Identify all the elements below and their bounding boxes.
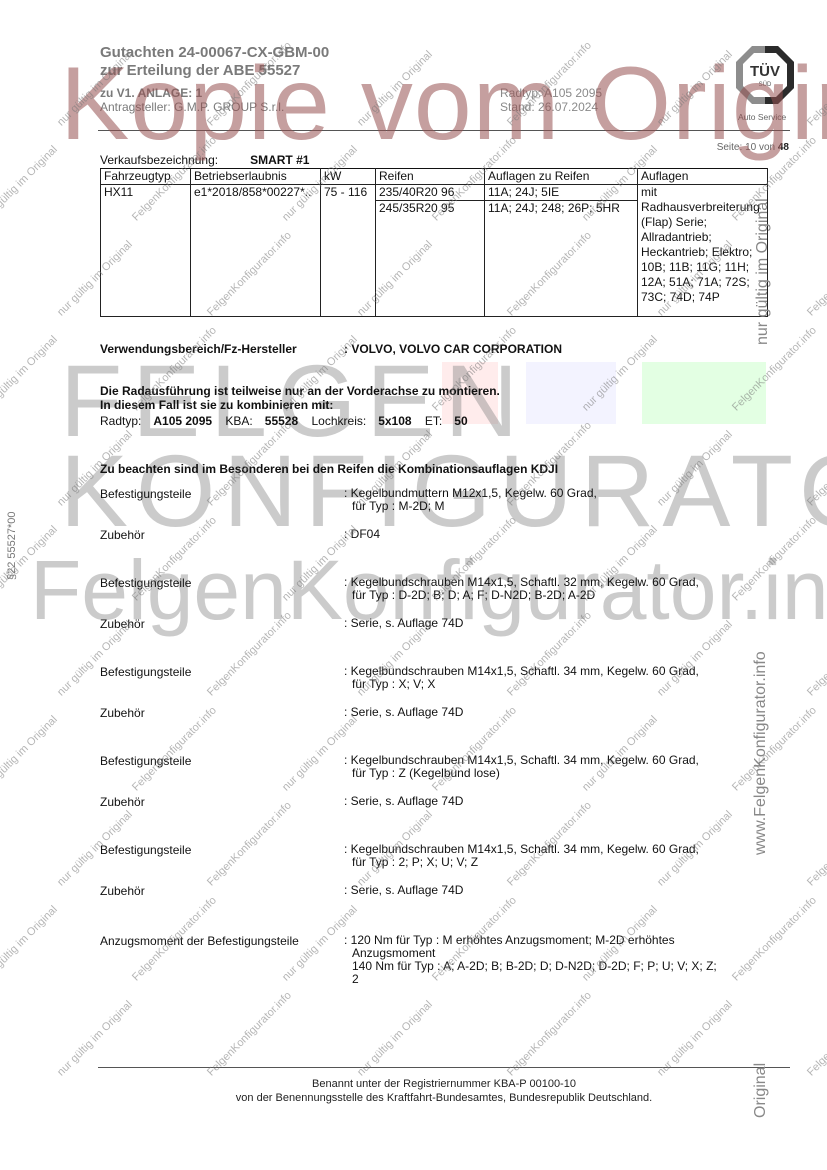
kombination-row-label: Zubehör [100, 884, 145, 898]
kombination-row-value: : Serie, s. Auflage 74D [344, 884, 764, 897]
kombination-row-label: Befestigungsteile [100, 665, 191, 679]
cell-reifen: 245/35R20 95 [376, 201, 485, 317]
tile-watermark: FelgenKonfigurator.info [805, 230, 827, 319]
footer-line-2: von der Benennungsstelle des Kraftfahrt-… [98, 1091, 790, 1105]
kombination-row-label: Zubehör [100, 795, 145, 809]
col-auflagen: Auflagen [638, 169, 768, 185]
tile-watermark: nur gültig im Original [0, 144, 60, 224]
tile-watermark: FelgenKonfigurator.info [805, 800, 827, 889]
kombination-row-value: : Kegelbundschrauben M14x1,5, Schaftl. 3… [344, 754, 764, 780]
table-row: HX11 e1*2018/858*00227*.. 75 - 116 235/4… [101, 185, 768, 201]
tile-watermark: FelgenKonfigurator.info [505, 990, 594, 1079]
table-header-row: Fahrzeugtyp Betriebserlaubnis kW Reifen … [101, 169, 768, 185]
kombination-row-label: Befestigungsteile [100, 843, 191, 857]
footer-line-1: Benannt unter der Registriernummer KBA-P… [98, 1077, 790, 1091]
kombination-row-label: Befestigungsteile [100, 754, 191, 768]
kombination-row-value: : Serie, s. Auflage 74D [344, 706, 764, 719]
tile-watermark: FelgenKonfigurator.info [205, 990, 294, 1079]
kombination-row-label: Zubehör [100, 706, 145, 720]
vehicle-table: Fahrzeugtyp Betriebserlaubnis kW Reifen … [100, 168, 768, 317]
kombination-row-value: : Kegelbundschrauben M14x1,5, Schaftl. 3… [344, 665, 764, 691]
col-betriebserlaubnis: Betriebserlaubnis [191, 169, 321, 185]
tile-watermark: nur gültig im Original [0, 714, 60, 794]
tile-watermark: nur gültig im Original [0, 334, 60, 414]
tile-watermark: nur gültig im Original [0, 904, 60, 984]
kombination-row-value: : 120 Nm für Typ : M erhöhtes Anzugsmome… [344, 934, 764, 986]
kombination-row-label: Befestigungsteile [100, 487, 191, 501]
kombination-row-label: Anzugsmoment der Befestigungsteile [100, 934, 299, 948]
kombination-heading: Zu beachten sind im Besonderen bei den R… [100, 462, 558, 476]
side-watermark-top: nur gültig im Original [754, 198, 772, 345]
kombination-row-value: : Serie, s. Auflage 74D [344, 795, 764, 808]
tile-watermark: FelgenKonfigurator.info [205, 800, 294, 889]
kombination-row-value: : Kegelbundschrauben M14x1,5, Schaftl. 3… [344, 576, 764, 602]
kombination-row-value: : Serie, s. Auflage 74D [344, 617, 764, 630]
tile-watermark: FelgenKonfigurator.info [805, 990, 827, 1079]
footer-divider [98, 1067, 790, 1068]
kombination-row-label: Zubehör [100, 528, 145, 542]
kombination-row-value: : Kegelbundmuttern M12x1,5, Kegelw. 60 G… [344, 487, 764, 513]
kombination-row-value: : DF04 [344, 528, 764, 541]
side-watermark-bottom: Original [752, 1063, 770, 1118]
